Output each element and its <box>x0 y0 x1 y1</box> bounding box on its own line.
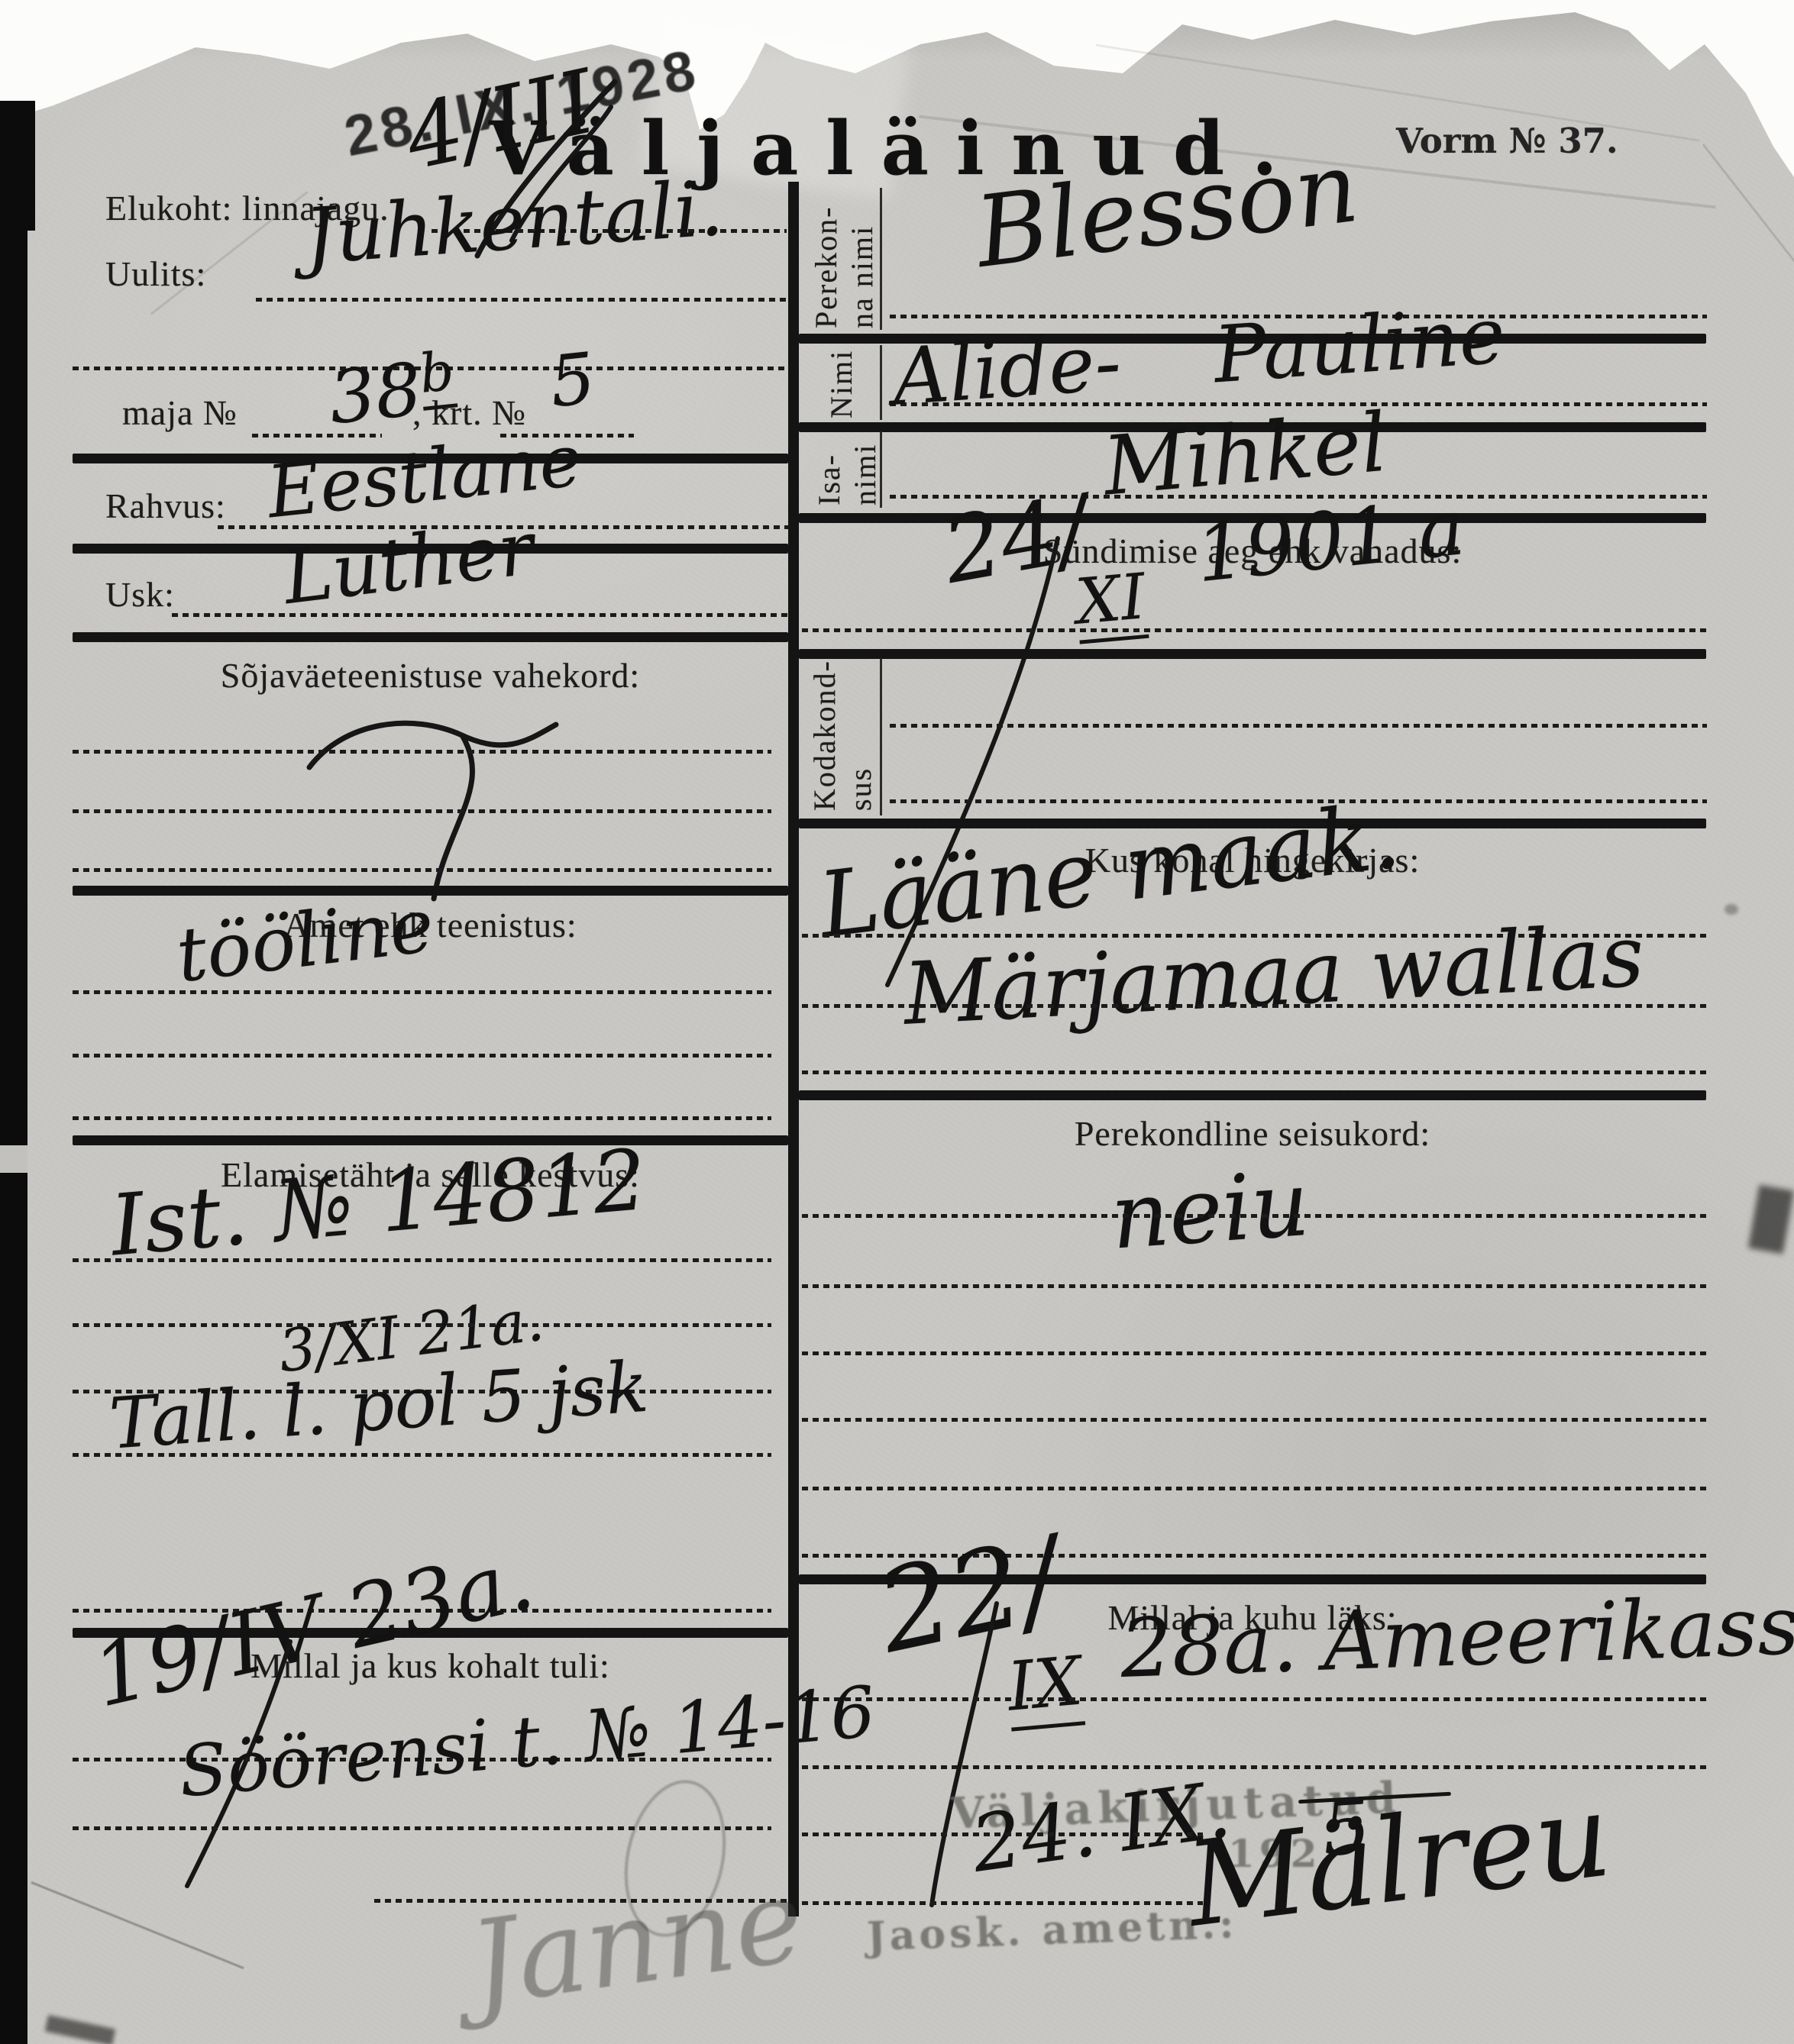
surname-label-line2: na nimi <box>844 206 880 328</box>
apt-no-value: 5 <box>546 337 599 424</box>
departed-month: IX <box>1004 1642 1085 1726</box>
street-label: Uulits: <box>105 253 206 294</box>
rule-dotted <box>73 1323 771 1327</box>
rule-bar <box>73 632 788 642</box>
firstname-label: Nimi <box>823 350 859 418</box>
birth-month: XI <box>1073 560 1149 639</box>
rule-dotted <box>172 613 788 617</box>
rule-dotted <box>802 1765 1707 1769</box>
surname-label-line1: Perekon- <box>808 206 844 328</box>
scanned-document-page: 28. IX. 1928 Väljaläinud. Vorm № 37. Elu… <box>0 0 1794 2044</box>
rule-dotted <box>73 750 771 754</box>
rule-dotted <box>802 1418 1707 1422</box>
rule-dotted <box>73 809 771 813</box>
binding-strip-gap <box>0 1145 27 1173</box>
rule-dotted <box>256 298 787 302</box>
binding-strip-top <box>0 101 35 231</box>
house-no-main: 38 <box>325 347 426 441</box>
rule-dotted <box>73 1826 771 1830</box>
rule-bar <box>799 1090 1706 1100</box>
patronymic-label-line2: nimi <box>847 444 883 505</box>
rule-dotted <box>890 724 1707 728</box>
label-rule <box>880 188 882 330</box>
label-rule <box>880 431 882 508</box>
rule-dotted <box>802 1697 1707 1701</box>
rule-dotted <box>802 1004 1707 1008</box>
patronymic-label-line1: Isa- <box>811 444 847 505</box>
citizenship-label: Kodakond- sus <box>806 660 878 811</box>
label-rule <box>880 658 882 815</box>
rule-dotted <box>73 1258 771 1262</box>
rule-dotted <box>802 1487 1707 1490</box>
house-no-value: 38b <box>325 340 460 441</box>
rule-bar <box>73 1135 788 1145</box>
house-no-letter: b <box>416 340 457 411</box>
military-service-flourish <box>298 691 573 912</box>
marital-status-value: neiu <box>1107 1151 1313 1270</box>
rule-dotted <box>802 1284 1707 1288</box>
rule-bar <box>73 886 788 896</box>
rule-dotted <box>802 1214 1707 1218</box>
rule-dotted <box>73 1116 771 1120</box>
label-rule <box>880 345 882 420</box>
rule-dotted <box>73 990 771 994</box>
nationality-label: Rahvus: <box>105 486 226 526</box>
column-divider <box>788 182 799 1916</box>
marital-status-label: Perekondline seisukord: <box>799 1113 1706 1154</box>
military-service-label: Sõjaväeteenistuse vahekord: <box>73 655 788 696</box>
rule-dotted <box>73 1054 771 1058</box>
religion-label: Usk: <box>105 574 175 615</box>
house-no-label: maja № <box>122 392 238 433</box>
rule-dotted <box>73 868 771 872</box>
rule-dotted <box>802 628 1707 632</box>
form-number: Vorm № 37. <box>1396 121 1618 161</box>
ink-speck <box>1725 904 1738 915</box>
rule-bar <box>799 649 1706 659</box>
rule-dotted <box>802 1832 1203 1836</box>
citizenship-label-line2: sus <box>842 660 878 811</box>
rule-dotted <box>802 1351 1707 1355</box>
surname-label: Perekon- na nimi <box>808 206 880 328</box>
departed-month-text: IX <box>1004 1642 1086 1732</box>
rule-dotted <box>802 1070 1707 1074</box>
binding-strip <box>0 101 27 2044</box>
patronymic-label: Isa- nimi <box>811 444 883 505</box>
citizenship-label-line1: Kodakond- <box>806 660 842 811</box>
rule-dotted <box>73 1453 771 1457</box>
